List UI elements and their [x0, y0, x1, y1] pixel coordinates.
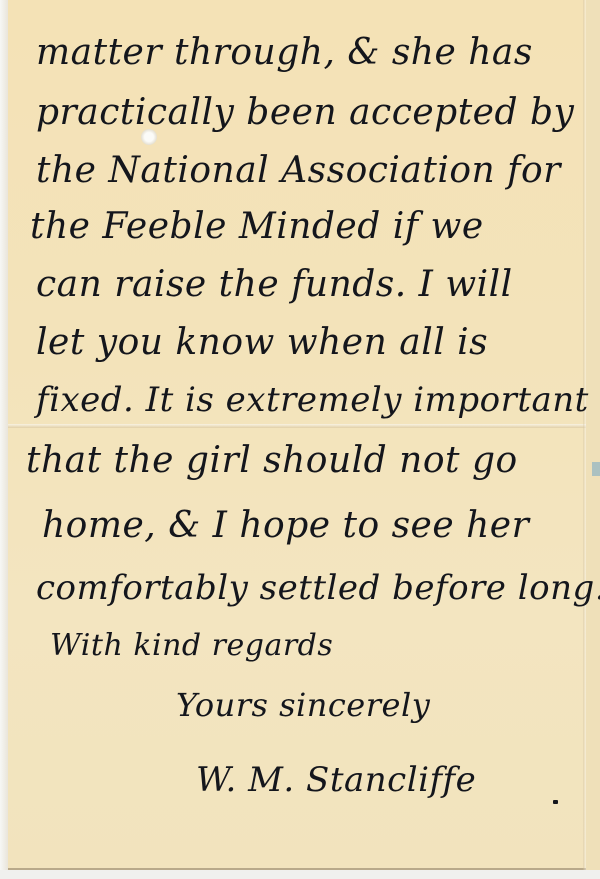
horizontal-fold-crease — [8, 424, 600, 428]
letter-line-3: the National Association for — [36, 150, 561, 191]
letter-line-6: let you know when all is — [36, 322, 488, 363]
letter-line-10: comfortably settled before long. — [36, 568, 600, 608]
letter-line-5: can raise the funds. I will — [36, 264, 513, 305]
letter-regards-line: With kind regards — [50, 628, 333, 663]
letter-closing: Yours sincerely — [176, 686, 430, 724]
ink-dot — [553, 800, 558, 804]
right-paper-flap — [586, 0, 600, 870]
letter-line-2: practically been accepted by — [36, 92, 574, 133]
letter-line-7: fixed. It is extremely important — [36, 380, 589, 420]
vertical-fold-crease — [583, 0, 586, 870]
scan-bottom-margin — [0, 870, 600, 879]
letter-signature: W. M. Stancliffe — [196, 760, 476, 800]
letter-line-4: the Feeble Minded if we — [30, 206, 484, 247]
letter-line-9: home, & I hope to see her — [42, 505, 529, 546]
letter-line-8: that the girl should not go — [26, 440, 518, 481]
blue-ink-mark — [592, 462, 600, 476]
letter-line-1: matter through, & she has — [36, 32, 533, 73]
scan-left-margin — [0, 0, 8, 879]
letter-page: matter through, & she has practically be… — [8, 0, 600, 870]
